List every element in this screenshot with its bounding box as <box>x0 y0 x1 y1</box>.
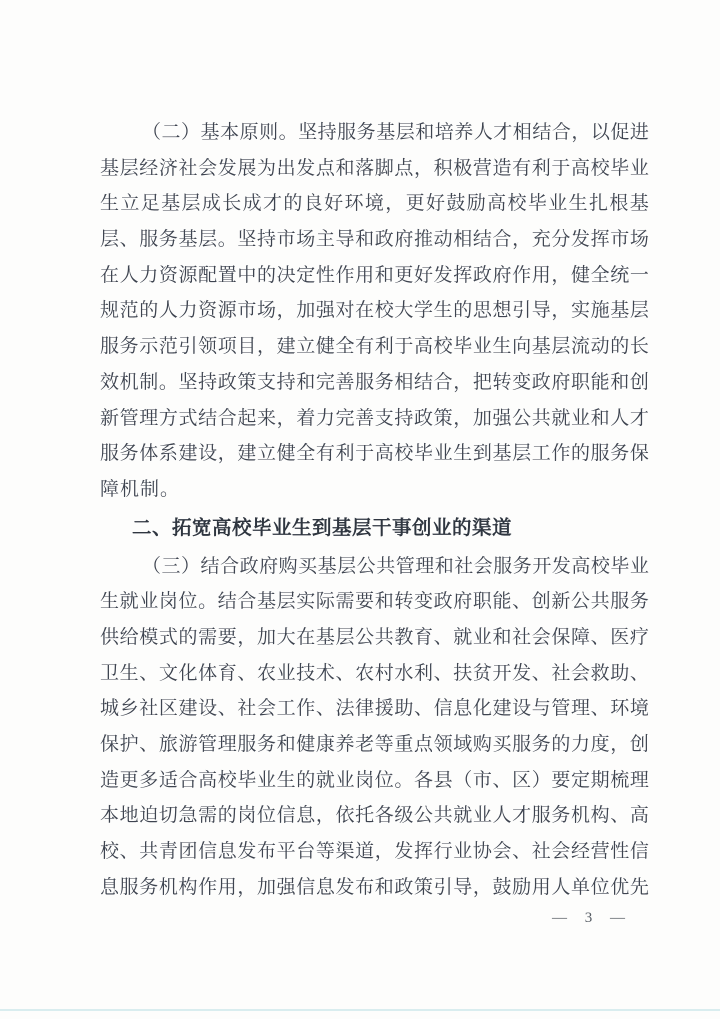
text-line: （二）基本原则。坚持服务基层和培养人才相结合，以促进 <box>100 115 649 151</box>
section-heading: 二、拓宽高校毕业生到基层干事创业的渠道 <box>100 510 649 547</box>
text-line: 城乡社区建设、社会工作、法律援助、信息化建设与管理、环境 <box>100 691 649 727</box>
text-line: 服务示范引领项目，建立健全有利于高校毕业生向基层流动的长 <box>100 329 649 365</box>
text-line: 生就业岗位。结合基层实际需要和转变政府职能、创新公共服务 <box>100 584 649 620</box>
text-line: 供给模式的需要，加大在基层公共教育、就业和社会保障、医疗 <box>100 620 649 656</box>
text-line: 效机制。坚持政策支持和完善服务相结合，把转变政府职能和创 <box>100 365 649 401</box>
text-line: 层、服务基层。坚持市场主导和政府推动相结合，充分发挥市场 <box>100 222 649 258</box>
text-line: 保护、旅游管理服务和健康养老等重点领域购买服务的力度，创 <box>100 727 649 763</box>
text-line: 生立足基层成长成才的良好环境，更好鼓励高校毕业生扎根基 <box>100 186 649 222</box>
text-line: 基层经济社会发展为出发点和落脚点，积极营造有利于高校毕业 <box>100 151 649 187</box>
text-line: 校、共青团信息发布平台等渠道，发挥行业协会、社会经营性信 <box>100 834 649 870</box>
text-line: 息服务机构作用，加强信息发布和政策引导，鼓励用人单位优先 <box>100 870 649 906</box>
scanned-document-page: （二）基本原则。坚持服务基层和培养人才相结合，以促进基层经济社会发展为出发点和落… <box>0 0 720 1019</box>
text-line: （三）结合政府购买基层公共管理和社会服务开发高校毕业 <box>100 549 649 585</box>
page-number: — 3 — <box>552 910 632 927</box>
text-line: 在人力资源配置中的决定性作用和更好发挥政府作用，健全统一 <box>100 258 649 294</box>
text-line: 造更多适合高校毕业生的就业岗位。各县（市、区）要定期梳理 <box>100 763 649 799</box>
document-body: （二）基本原则。坚持服务基层和培养人才相结合，以促进基层经济社会发展为出发点和落… <box>100 115 649 905</box>
text-line: 障机制。 <box>100 472 649 508</box>
text-line: 服务体系建设，建立健全有利于高校毕业生到基层工作的服务保 <box>100 436 649 472</box>
text-line: 新管理方式结合起来，着力完善支持政策，加强公共就业和人才 <box>100 401 649 437</box>
text-line: 卫生、文化体育、农业技术、农村水利、扶贫开发、社会救助、 <box>100 656 649 692</box>
text-line: 规范的人力资源市场，加强对在校大学生的思想引导，实施基层 <box>100 293 649 329</box>
scan-edge-line <box>0 1009 720 1011</box>
text-line: 本地迫切急需的岗位信息，依托各级公共就业人才服务机构、高 <box>100 798 649 834</box>
